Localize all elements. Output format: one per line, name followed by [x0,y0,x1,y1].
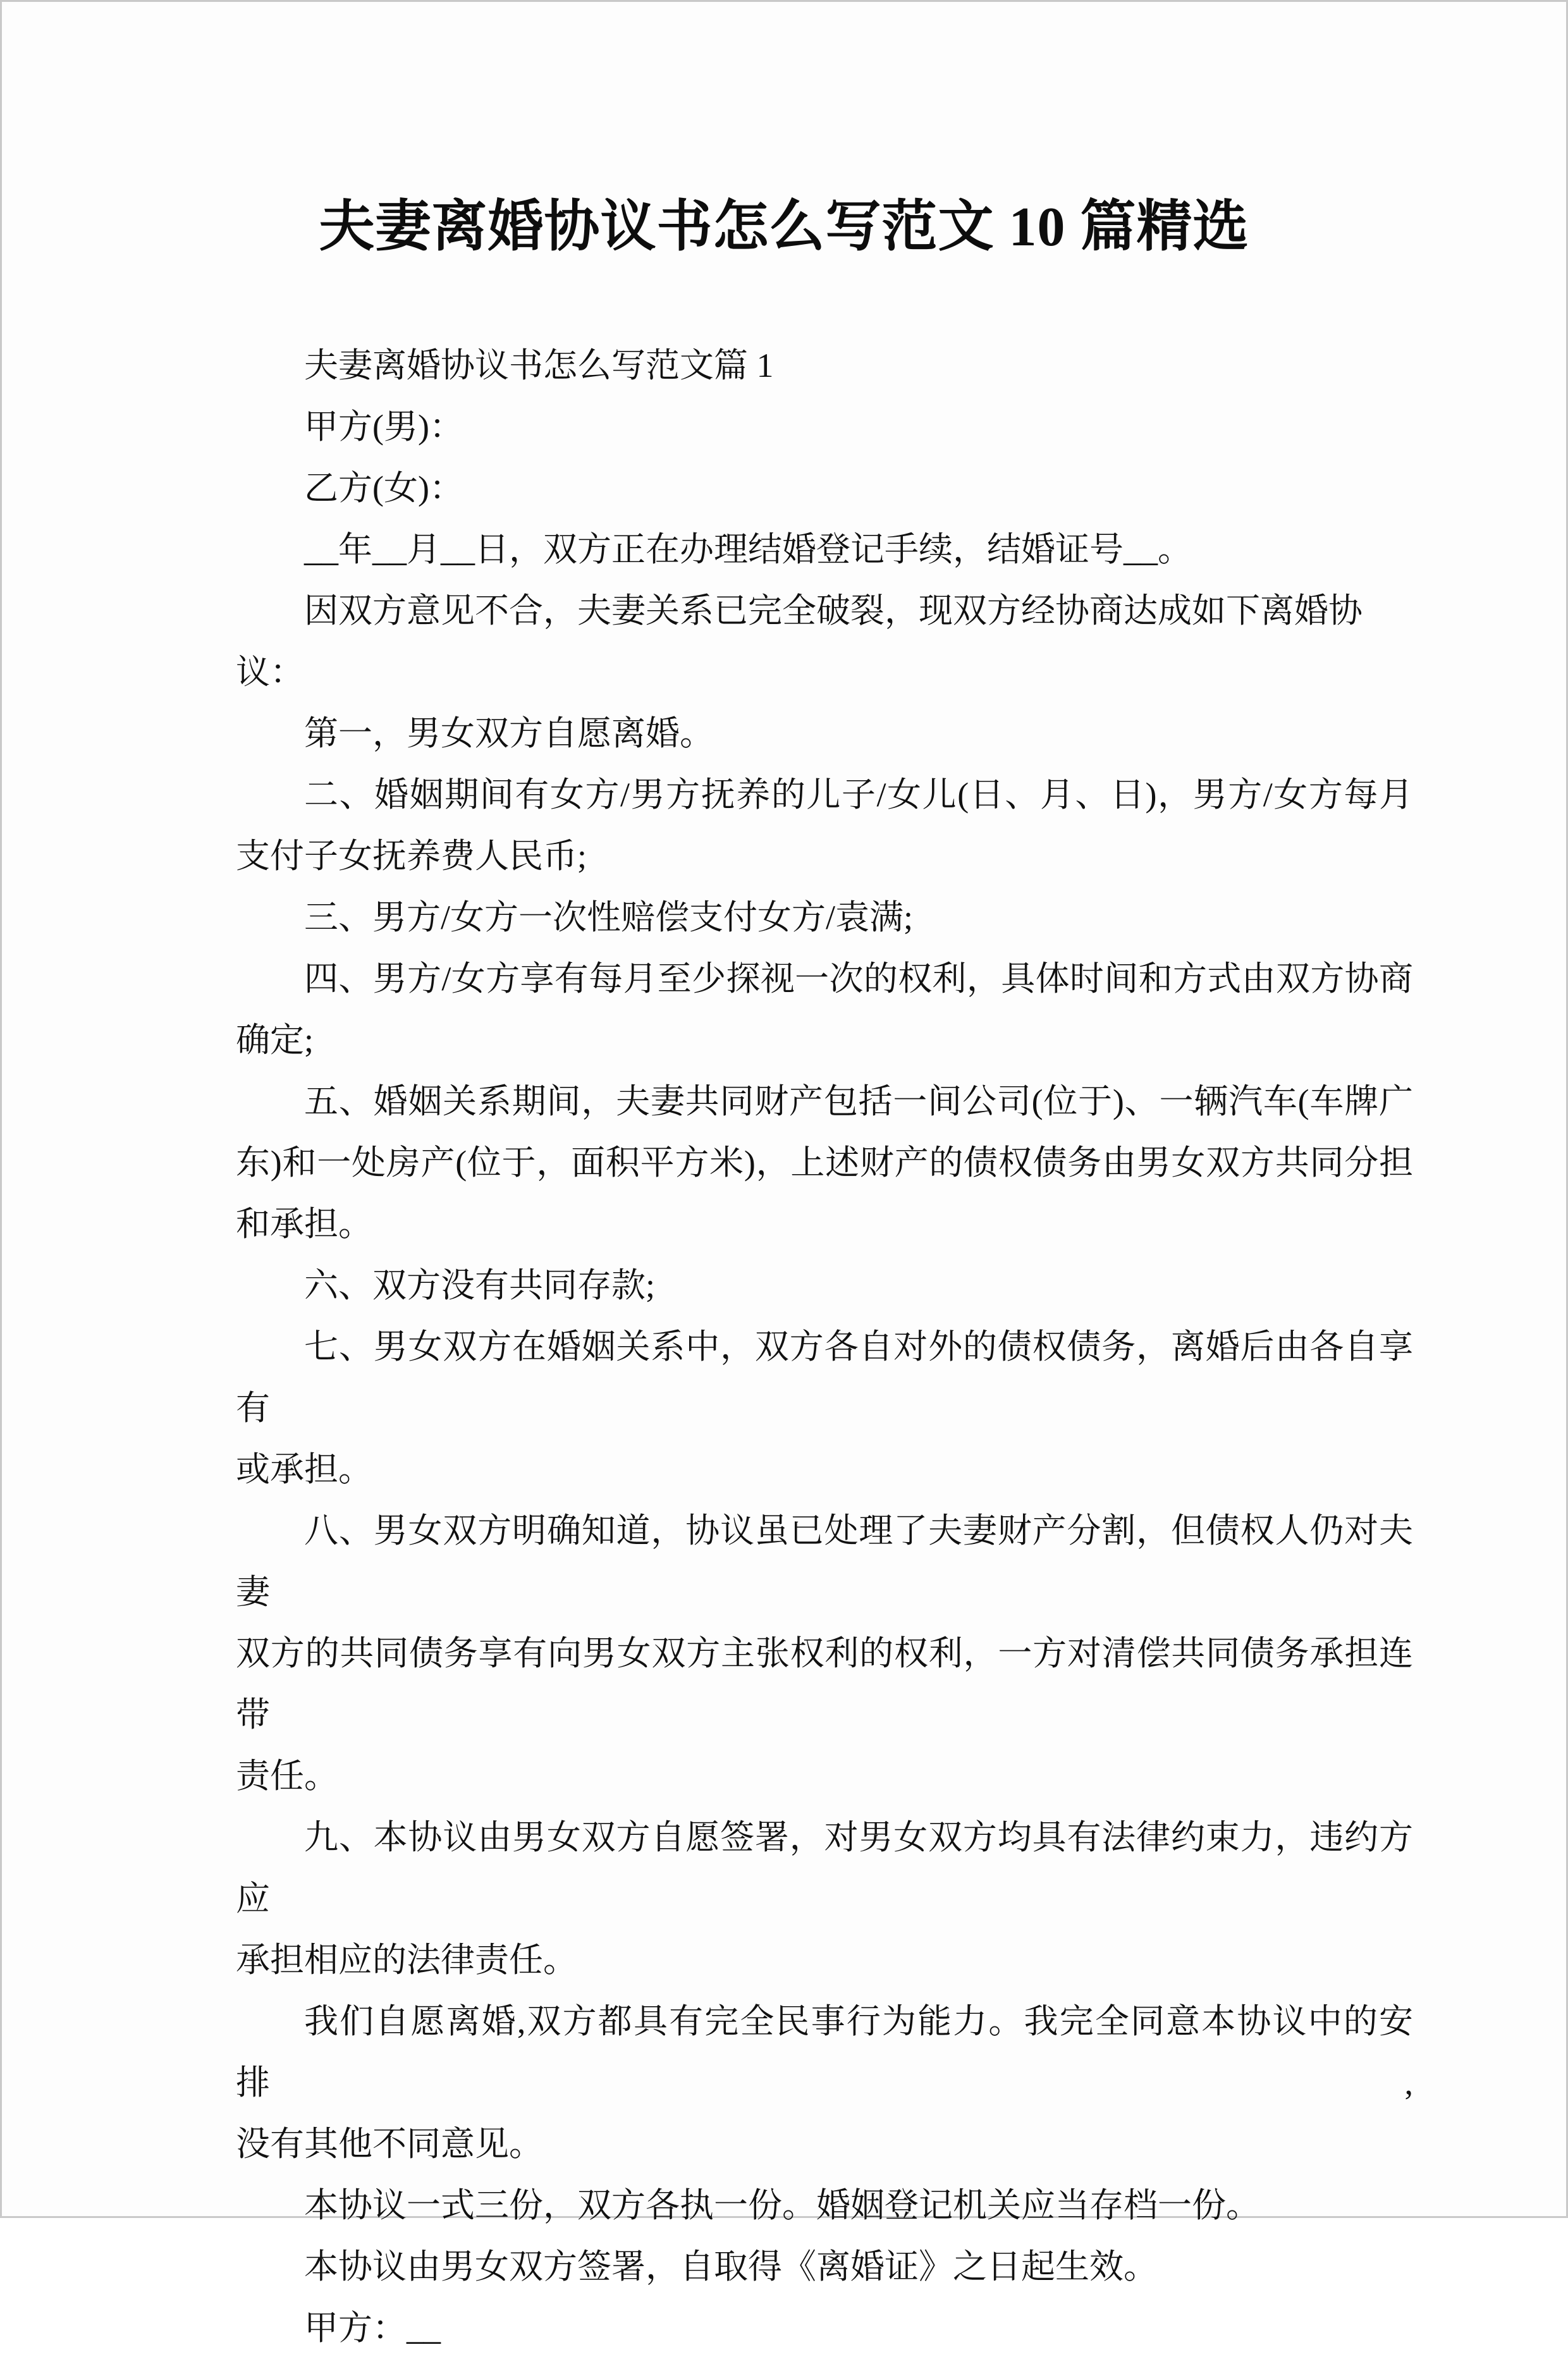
text-line: 责任。 [236,1746,1413,1807]
text-line: 夫妻离婚协议书怎么写范文篇 1 [236,335,1413,396]
text-line: 或承担。 [236,1439,1413,1500]
text-line: 和承担。 [236,1194,1413,1255]
text-line: 九、本协议由男女双方自愿签署，对男女双方均具有法律约束力，违约方应 [236,1807,1413,1930]
text-line: 七、男女双方在婚姻关系中，双方各自对外的债权债务，离婚后由各自享有 [236,1316,1413,1439]
text-line: 承担相应的法律责任。 [236,1930,1413,1991]
text-line: 双方的共同债务享有向男女双方主张权利的权利，一方对清偿共同债务承担连带 [236,1623,1413,1746]
text-line: 我们自愿离婚,双方都具有完全民事行为能力。我完全同意本协议中的安排, [236,1991,1413,2114]
text-line: 本协议由男女双方签署，自取得《离婚证》之日起生效。 [236,2236,1413,2298]
text-line: 东)和一处房产(位于，面积平方米)，上述财产的债权债务由男女双方共同分担 [236,1132,1413,1194]
text-line: 支付子女抚养费人民币; [236,826,1413,887]
text-line: 没有其他不同意见。 [236,2114,1413,2175]
text-line: 第一，男女双方自愿离婚。 [236,703,1413,764]
text-line: 本协议一式三份，双方各执一份。婚姻登记机关应当存档一份。 [236,2175,1413,2236]
text-line: 甲方：__ [236,2298,1413,2359]
document-page: 夫妻离婚协议书怎么写范文 10 篇精选 夫妻离婚协议书怎么写范文篇 1甲方(男)… [0,0,1568,2218]
text-line: 确定; [236,1010,1413,1071]
text-line: 六、双方没有共同存款; [236,1255,1413,1316]
text-line: 乙方(女)： [236,458,1413,519]
text-line: __年__月__日，双方正在办理结婚登记手续，结婚证号__。 [236,519,1413,580]
text-line: 四、男方/女方享有每月至少探视一次的权利，具体时间和方式由双方协商 [236,948,1413,1010]
document-title: 夫妻离婚协议书怎么写范文 10 篇精选 [2,193,1566,262]
text-line: 甲方(男)： [236,396,1413,458]
text-line: 三、男方/女方一次性赔偿支付女方/袁满; [236,887,1413,948]
text-line: 因双方意见不合，夫妻关系已完全破裂，现双方经协商达成如下离婚协议： [236,580,1413,703]
document-body: 夫妻离婚协议书怎么写范文篇 1甲方(男)：乙方(女)：__年__月__日，双方正… [236,335,1413,2359]
text-line: 八、男女双方明确知道，协议虽已处理了夫妻财产分割，但债权人仍对夫妻 [236,1500,1413,1623]
text-line: 五、婚姻关系期间，夫妻共同财产包括一间公司(位于)、一辆汽车(车牌广 [236,1071,1413,1132]
text-line: 二、婚姻期间有女方/男方抚养的儿子/女儿(日、月、日)，男方/女方每月 [236,764,1413,826]
